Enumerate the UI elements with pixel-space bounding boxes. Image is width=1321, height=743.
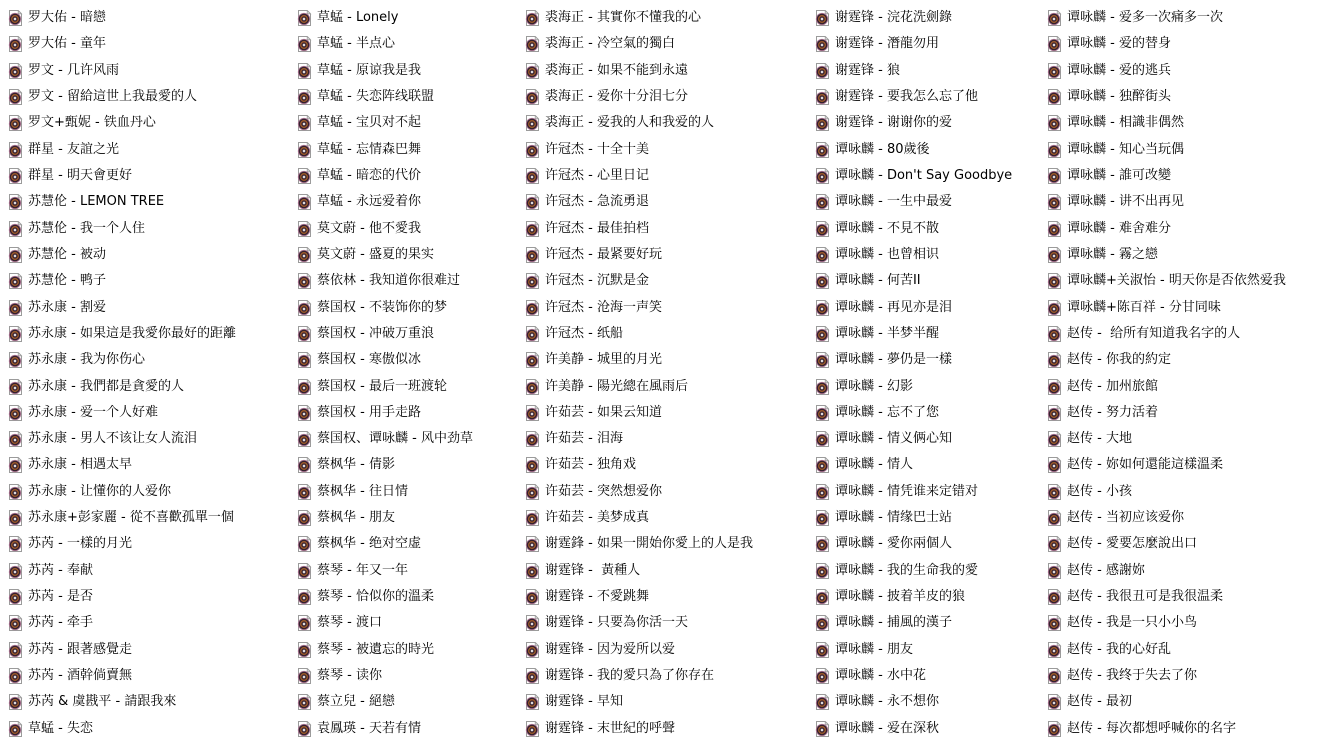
media-file-icon [815,694,830,710]
list-item[interactable]: 谢霆锋 - 要我怎么忘了他 [815,84,1047,110]
list-item[interactable]: 谭咏麟 - 愛你兩個人 [815,531,1047,557]
list-item[interactable]: 谢霆锋 - 浣花洗劍錄 [815,5,1047,31]
song-label: 许冠杰 - 最佳拍档 [545,221,649,237]
list-item[interactable]: 许茹芸 - 如果云知道 [525,400,815,426]
song-label: 谭咏麟 - 披着羊皮的狼 [835,589,965,605]
media-file-icon [1047,247,1062,263]
song-label: 赵传 - 你我的約定 [1067,352,1171,368]
list-item[interactable]: 谭咏麟 - 不見不散 [815,216,1047,242]
media-file-icon [8,300,23,316]
media-file-icon [525,89,540,105]
song-label: 苏芮 & 虞戡平 - 請跟我來 [28,694,176,710]
list-item[interactable]: 苏永康 - 男人不该让女人流泪 [8,426,297,452]
media-file-icon [1047,536,1062,552]
song-label: 谢霆锋 - 我的愛只為了你存在 [545,668,714,684]
list-item[interactable]: 苏永康+彭家麗 - 從不喜歡孤單一個 [8,505,297,531]
media-file-icon [297,668,312,684]
list-item[interactable]: 裘海正 - 如果不能到永遠 [525,58,815,84]
list-item[interactable]: 谭咏麟 - 相識非偶然 [1047,110,1317,136]
list-item[interactable]: 草蜢 - 宝贝对不起 [297,110,525,136]
media-file-icon [1047,668,1062,684]
song-label: 草蜢 - 忘情森巴舞 [317,142,421,158]
list-item[interactable]: 谭咏麟 - 捕風的漢子 [815,610,1047,636]
media-file-icon [525,326,540,342]
media-file-icon [297,484,312,500]
list-item[interactable]: 赵传 - 我很丑可是我很温柔 [1047,584,1317,610]
list-item[interactable]: 赵传 - 加州旅館 [1047,373,1317,399]
media-file-icon [8,168,23,184]
list-item[interactable]: 谢霆鋒 - 如果一開始你愛上的人是我 [525,531,815,557]
media-file-icon [525,194,540,210]
media-file-icon [8,273,23,289]
list-item[interactable]: 谭咏麟+陈百祥 - 分甘同味 [1047,294,1317,320]
list-item[interactable]: 蔡国权 - 最后一班渡轮 [297,373,525,399]
list-item[interactable]: 谭咏麟 - 披着羊皮的狼 [815,584,1047,610]
song-label: 罗文 - 留給這世上我最愛的人 [28,89,197,105]
list-item[interactable]: 草蜢 - 半点心 [297,31,525,57]
media-file-icon [297,352,312,368]
list-item[interactable]: 苏永康 - 我为你伤心 [8,347,297,373]
list-item[interactable]: 谭咏麟 - 爱的逃兵 [1047,58,1317,84]
list-item[interactable]: 苏永康 - 相遇太早 [8,452,297,478]
media-file-icon [297,536,312,552]
song-label: 谭咏麟 - 也曾相识 [835,247,939,263]
media-file-icon [815,168,830,184]
song-label: 谭咏麟 - 情义俩心知 [835,431,952,447]
list-item[interactable]: 谭咏麟 - 誰可改變 [1047,163,1317,189]
media-file-icon [8,405,23,421]
list-item[interactable]: 谭咏麟 - 爱的替身 [1047,31,1317,57]
media-file-icon [8,457,23,473]
song-label: 群星 - 明天會更好 [28,168,132,184]
song-label: 赵传 - 感謝妳 [1067,563,1145,579]
song-label: 裘海正 - 冷空氣的獨白 [545,36,675,52]
media-file-icon [525,273,540,289]
list-item[interactable]: 谭咏麟 - 爱多一次痛多一次 [1047,5,1317,31]
list-item[interactable]: 谭咏麟 - 忘不了您 [815,400,1047,426]
song-label: 罗大佑 - 童年 [28,36,106,52]
media-file-icon [8,326,23,342]
song-label: 蔡依林 - 我知道你很难过 [317,273,460,289]
song-label: 谭咏麟 - 水中花 [835,668,926,684]
media-file-icon [1047,615,1062,631]
media-file-icon [297,36,312,52]
song-label: 许茹芸 - 突然想爱你 [545,484,662,500]
song-label: 草蜢 - 暗恋的代价 [317,168,421,184]
list-item[interactable]: 裘海正 - 爱我的人和我爱的人 [525,110,815,136]
list-item[interactable]: 谭咏麟 - 幻影 [815,373,1047,399]
media-file-icon [297,10,312,26]
song-label: 谭咏麟 - 知心当玩偶 [1067,142,1184,158]
media-file-icon [525,457,540,473]
list-item[interactable]: 蔡国权 - 用手走路 [297,400,525,426]
media-file-icon [525,379,540,395]
list-item[interactable]: 苏芮 - 牵手 [8,610,297,636]
media-file-icon [1047,431,1062,447]
list-item[interactable]: 苏永康 - 让懂你的人爱你 [8,479,297,505]
list-item[interactable]: 谭咏麟 - 夢仍是一樣 [815,347,1047,373]
song-label: 裘海正 - 爱我的人和我爱的人 [545,115,714,131]
song-label: 许茹芸 - 泪海 [545,431,623,447]
media-file-icon [525,352,540,368]
song-label: 裘海正 - 其實你不懂我的心 [545,10,701,26]
media-file-icon [815,10,830,26]
list-item[interactable]: 蔡琴 - 恰似你的溫柔 [297,584,525,610]
media-file-icon [297,247,312,263]
list-item[interactable]: 群星 - 明天會更好 [8,163,297,189]
list-item[interactable]: 蔡琴 - 渡口 [297,610,525,636]
list-item[interactable]: 罗文 - 留給這世上我最愛的人 [8,84,297,110]
song-label: 苏慧伦 - 我一个人住 [28,221,145,237]
list-item[interactable]: 群星 - 友誼之光 [8,137,297,163]
list-item[interactable]: 许茹芸 - 突然想爱你 [525,479,815,505]
list-item[interactable]: 赵传 - 我终于失去了你 [1047,663,1317,689]
list-item[interactable]: 谢霆锋 - 谢谢你的爱 [815,110,1047,136]
list-item[interactable]: 苏永康 - 我們都是貪愛的人 [8,373,297,399]
media-file-icon [297,457,312,473]
list-item[interactable]: 谢霆锋 - 只要為你活一天 [525,610,815,636]
list-item[interactable]: 谭咏麟 - 情凭谁来定错对 [815,479,1047,505]
list-item[interactable]: 罗大佑 - 童年 [8,31,297,57]
list-item[interactable]: 赵传 - 给所有知道我名字的人 [1047,321,1317,347]
media-file-icon [8,589,23,605]
list-item[interactable]: 谢霆锋 - 不愛跳舞 [525,584,815,610]
file-list: 罗大佑 - 暗戀 罗大佑 - 童年 罗文 - 几许风雨 [0,0,1321,742]
media-file-icon [525,589,540,605]
song-label: 苏永康+彭家麗 - 從不喜歡孤單一個 [28,510,234,526]
media-file-icon [815,63,830,79]
list-item[interactable]: 许冠杰 - 十全十美 [525,137,815,163]
list-item[interactable]: 草蜢 - 原谅我是我 [297,58,525,84]
song-label: 赵传 - 给所有知道我名字的人 [1067,326,1240,342]
media-file-icon [815,142,830,158]
media-file-icon [815,300,830,316]
list-item[interactable]: 裘海正 - 其實你不懂我的心 [525,5,815,31]
list-item[interactable]: 谢霆锋 - 末世紀的呼聲 [525,715,815,741]
media-file-icon [815,615,830,631]
media-file-icon [8,642,23,658]
media-file-icon [525,563,540,579]
list-item[interactable]: 谢霆锋 - 黃種人 [525,558,815,584]
list-item[interactable]: 赵传 - 感謝妳 [1047,558,1317,584]
media-file-icon [1047,10,1062,26]
media-file-icon [815,589,830,605]
list-item[interactable]: 许冠杰 - 最紧要好玩 [525,242,815,268]
list-item[interactable]: 谭咏麟 - 独醉街头 [1047,84,1317,110]
list-item[interactable]: 谢霆锋 - 狼 [815,58,1047,84]
song-label: 赵传 - 我终于失去了你 [1067,668,1197,684]
list-item[interactable]: 赵传 - 努力活着 [1047,400,1317,426]
song-label: 蔡国权 - 最后一班渡轮 [317,379,447,395]
list-item[interactable]: 谭咏麟 - 我的生命我的愛 [815,558,1047,584]
media-file-icon [525,642,540,658]
list-item[interactable]: 谭咏麟 - 难舍难分 [1047,216,1317,242]
song-label: 许冠杰 - 纸船 [545,326,623,342]
media-file-icon [8,510,23,526]
list-item[interactable]: 草蜢 - 暗恋的代价 [297,163,525,189]
list-item[interactable]: 许美静 - 城里的月光 [525,347,815,373]
song-label: 苏永康 - 如果這是我愛你最好的距離 [28,326,236,342]
song-label: 草蜢 - 永远爱着你 [317,194,421,210]
media-file-icon [525,221,540,237]
media-file-icon [297,615,312,631]
song-label: 谢霆锋 - 潛龍勿用 [835,36,939,52]
list-item[interactable]: 蔡国权、谭咏麟 - 风中劲草 [297,426,525,452]
list-item[interactable]: 谭咏麟 - 情缘巴士站 [815,505,1047,531]
song-label: 许茹芸 - 如果云知道 [545,405,662,421]
list-item[interactable]: 赵传 - 大地 [1047,426,1317,452]
list-item[interactable]: 许冠杰 - 纸船 [525,321,815,347]
list-item[interactable]: 谢霆锋 - 因为爱所以爱 [525,637,815,663]
list-item[interactable]: 蔡枫华 - 倩影 [297,452,525,478]
song-label: 赵传 - 每次都想呼喊你的名字 [1067,721,1236,737]
media-file-icon [1047,721,1062,737]
media-file-icon [8,63,23,79]
song-label: 谭咏麟 - Don't Say Goodbye [835,168,1012,184]
list-item[interactable]: 赵传 - 妳如何還能這樣溫柔 [1047,452,1317,478]
list-item[interactable]: 许茹芸 - 泪海 [525,426,815,452]
song-label: 谢霆锋 - 谢谢你的爱 [835,115,952,131]
song-label: 谭咏麟 - 幻影 [835,379,913,395]
media-file-icon [1047,352,1062,368]
media-file-icon [815,194,830,210]
list-item[interactable]: 赵传 - 每次都想呼喊你的名字 [1047,715,1317,741]
list-item[interactable]: 蔡琴 - 被遺忘的時光 [297,637,525,663]
list-item[interactable]: 草蜢 - 失恋 [8,715,297,741]
list-item[interactable]: 谭咏麟 - 何苦II [815,268,1047,294]
list-item[interactable]: 谢霆锋 - 我的愛只為了你存在 [525,663,815,689]
song-label: 谭咏麟 - 我的生命我的愛 [835,563,978,579]
list-item[interactable]: 谭咏麟 - 爱在深秋 [815,715,1047,741]
song-label: 苏芮 - 奉献 [28,563,93,579]
song-label: 蔡琴 - 渡口 [317,615,382,631]
song-label: 谭咏麟 - 忘不了您 [835,405,939,421]
song-label: 谢霆锋 - 只要為你活一天 [545,615,688,631]
list-item[interactable]: 许茹芸 - 美梦成真 [525,505,815,531]
list-item[interactable]: 苏永康 - 如果這是我愛你最好的距離 [8,321,297,347]
song-label: 苏芮 - 是否 [28,589,93,605]
list-item[interactable]: 苏芮 - 酒幹倘賣無 [8,663,297,689]
list-item[interactable]: 苏芮 - 是否 [8,584,297,610]
list-item[interactable]: 谭咏麟 - 一生中最爱 [815,189,1047,215]
list-item[interactable]: 莫文蔚 - 盛夏的果实 [297,242,525,268]
song-label: 罗文 - 几许风雨 [28,63,119,79]
song-label: 蔡国权 - 寒傲似冰 [317,352,421,368]
song-label: 谢霆鋒 - 如果一開始你愛上的人是我 [545,536,753,552]
song-label: 蔡国权 - 冲破万重浪 [317,326,434,342]
media-file-icon [297,89,312,105]
list-item[interactable]: 许冠杰 - 心里日记 [525,163,815,189]
song-label: 苏永康 - 男人不该让女人流泪 [28,431,197,447]
song-label: 谭咏麟 - 80歲後 [835,142,930,158]
song-label: 苏永康 - 让懂你的人爱你 [28,484,171,500]
list-item[interactable]: 裘海正 - 爱你十分泪七分 [525,84,815,110]
file-column: 谭咏麟 - 爱多一次痛多一次 谭咏麟 - 爱的替身 谭咏麟 - 爱的逃兵 [1047,5,1317,742]
list-item[interactable]: 苏永康 - 爱一个人好难 [8,400,297,426]
list-item[interactable]: 罗大佑 - 暗戀 [8,5,297,31]
list-item[interactable]: 谭咏麟 - Don't Say Goodbye [815,163,1047,189]
list-item[interactable]: 蔡国权 - 不装饰你的梦 [297,294,525,320]
song-label: 苏芮 - 牵手 [28,615,93,631]
list-item[interactable]: 谭咏麟 - 朋友 [815,637,1047,663]
list-item[interactable]: 谭咏麟 - 霧之戀 [1047,242,1317,268]
song-label: 赵传 - 努力活着 [1067,405,1158,421]
list-item[interactable]: 谢霆锋 - 早知 [525,689,815,715]
media-file-icon [1047,273,1062,289]
list-item[interactable]: 草蜢 - 忘情森巴舞 [297,137,525,163]
list-item[interactable]: 谭咏麟 - 情义俩心知 [815,426,1047,452]
list-item[interactable]: 蔡枫华 - 朋友 [297,505,525,531]
list-item[interactable]: 许美静 - 陽光總在風雨后 [525,373,815,399]
media-file-icon [297,379,312,395]
media-file-icon [525,484,540,500]
song-label: 谭咏麟 - 霧之戀 [1067,247,1158,263]
media-file-icon [815,536,830,552]
media-file-icon [297,168,312,184]
list-item[interactable]: 罗文+甄妮 - 铁血丹心 [8,110,297,136]
media-file-icon [1047,36,1062,52]
media-file-icon [8,247,23,263]
media-file-icon [1047,300,1062,316]
song-label: 谭咏麟 - 情人 [835,457,913,473]
media-file-icon [8,36,23,52]
media-file-icon [815,431,830,447]
list-item[interactable]: 蔡枫华 - 往日情 [297,479,525,505]
list-item[interactable]: 草蜢 - 失恋阵线联盟 [297,84,525,110]
list-item[interactable]: 谭咏麟 - 再见亦是泪 [815,294,1047,320]
list-item[interactable]: 苏慧伦 - 鸭子 [8,268,297,294]
list-item[interactable]: 赵传 - 当初应该爱你 [1047,505,1317,531]
song-label: 赵传 - 加州旅館 [1067,379,1158,395]
list-item[interactable]: 苏永康 - 割爱 [8,294,297,320]
list-item[interactable]: 苏慧伦 - LEMON TREE [8,189,297,215]
list-item[interactable]: 谢霆锋 - 潛龍勿用 [815,31,1047,57]
list-item[interactable]: 赵传 - 小孩 [1047,479,1317,505]
media-file-icon [815,668,830,684]
song-label: 蔡立兒 - 絕戀 [317,694,395,710]
list-item[interactable]: 蔡枫华 - 绝对空虚 [297,531,525,557]
media-file-icon [8,352,23,368]
list-item[interactable]: 蔡琴 - 读你 [297,663,525,689]
list-item[interactable]: 蔡国权 - 冲破万重浪 [297,321,525,347]
song-label: 苏慧伦 - LEMON TREE [28,194,164,210]
list-item[interactable]: 许冠杰 - 最佳拍档 [525,216,815,242]
media-file-icon [8,721,23,737]
media-file-icon [1047,89,1062,105]
list-item[interactable]: 蔡琴 - 年又一年 [297,558,525,584]
list-item[interactable]: 许冠杰 - 急流勇退 [525,189,815,215]
list-item[interactable]: 谭咏麟 - 水中花 [815,663,1047,689]
list-item[interactable]: 苏芮 - 跟著感覺走 [8,637,297,663]
list-item[interactable]: 赵传 - 最初 [1047,689,1317,715]
list-item[interactable]: 罗文 - 几许风雨 [8,58,297,84]
list-item[interactable]: 谭咏麟+关淑怡 - 明天你是否依然爱我 [1047,268,1317,294]
song-label: 蔡琴 - 被遺忘的時光 [317,642,434,658]
song-label: 谢霆锋 - 狼 [835,63,900,79]
song-label: 许冠杰 - 急流勇退 [545,194,649,210]
song-label: 莫文蔚 - 盛夏的果实 [317,247,434,263]
song-label: 谭咏麟 - 半梦半醒 [835,326,939,342]
list-item[interactable]: 谭咏麟 - 情人 [815,452,1047,478]
file-column: 裘海正 - 其實你不懂我的心 裘海正 - 冷空氣的獨白 裘海正 - 如果不能到永 [525,5,815,742]
song-label: 袁鳳瑛 - 天若有情 [317,721,421,737]
list-item[interactable]: 草蜢 - 永远爱着你 [297,189,525,215]
song-label: 苏永康 - 我为你伤心 [28,352,145,368]
media-file-icon [525,694,540,710]
song-label: 许美静 - 陽光總在風雨后 [545,379,688,395]
song-label: 谭咏麟 - 永不想你 [835,694,939,710]
list-item[interactable]: 蔡依林 - 我知道你很难过 [297,268,525,294]
list-item[interactable]: 莫文蔚 - 他不愛我 [297,216,525,242]
list-item[interactable]: 苏慧伦 - 我一个人住 [8,216,297,242]
list-item[interactable]: 赵传 - 我是一只小小鸟 [1047,610,1317,636]
media-file-icon [297,642,312,658]
list-item[interactable]: 蔡立兒 - 絕戀 [297,689,525,715]
song-label: 许茹芸 - 美梦成真 [545,510,649,526]
media-file-icon [297,589,312,605]
list-item[interactable]: 草蜢 - Lonely [297,5,525,31]
media-file-icon [297,221,312,237]
song-label: 赵传 - 我的心好乱 [1067,642,1171,658]
list-item[interactable]: 苏芮 - 一樣的月光 [8,531,297,557]
song-label: 谢霆锋 - 末世紀的呼聲 [545,721,675,737]
song-label: 蔡琴 - 恰似你的溫柔 [317,589,434,605]
list-item[interactable]: 许茹芸 - 独角戏 [525,452,815,478]
song-label: 苏芮 - 跟著感覺走 [28,642,132,658]
list-item[interactable]: 赵传 - 你我的約定 [1047,347,1317,373]
list-item[interactable]: 裘海正 - 冷空氣的獨白 [525,31,815,57]
media-file-icon [815,89,830,105]
song-label: 谭咏麟+关淑怡 - 明天你是否依然爱我 [1067,273,1286,289]
media-file-icon [297,563,312,579]
list-item[interactable]: 谭咏麟 - 半梦半醒 [815,321,1047,347]
list-item[interactable]: 袁鳳瑛 - 天若有情 [297,715,525,741]
song-label: 谭咏麟 - 朋友 [835,642,913,658]
list-item[interactable]: 许冠杰 - 沉默是金 [525,268,815,294]
song-label: 苏慧伦 - 鸭子 [28,273,106,289]
song-label: 苏芮 - 酒幹倘賣無 [28,668,132,684]
media-file-icon [525,405,540,421]
song-label: 谭咏麟 - 捕風的漢子 [835,615,952,631]
song-label: 谢霆锋 - 黃種人 [545,563,640,579]
list-item[interactable]: 谭咏麟 - 也曾相识 [815,242,1047,268]
song-label: 谢霆锋 - 早知 [545,694,623,710]
list-item[interactable]: 谭咏麟 - 80歲後 [815,137,1047,163]
list-item[interactable]: 许冠杰 - 沧海一声笑 [525,294,815,320]
list-item[interactable]: 谭咏麟 - 知心当玩偶 [1047,137,1317,163]
list-item[interactable]: 苏慧伦 - 被动 [8,242,297,268]
media-file-icon [525,10,540,26]
song-label: 谢霆锋 - 浣花洗劍錄 [835,10,952,26]
song-label: 谭咏麟 - 相識非偶然 [1067,115,1184,131]
list-item[interactable]: 苏芮 - 奉献 [8,558,297,584]
song-label: 谭咏麟 - 一生中最爱 [835,194,952,210]
list-item[interactable]: 谭咏麟 - 讲不出再见 [1047,189,1317,215]
media-file-icon [297,405,312,421]
list-item[interactable]: 赵传 - 我的心好乱 [1047,637,1317,663]
song-label: 草蜢 - 失恋 [28,721,93,737]
list-item[interactable]: 谭咏麟 - 永不想你 [815,689,1047,715]
song-label: 蔡琴 - 读你 [317,668,382,684]
list-item[interactable]: 赵传 - 愛要怎麼說出口 [1047,531,1317,557]
media-file-icon [8,89,23,105]
list-item[interactable]: 苏芮 & 虞戡平 - 請跟我來 [8,689,297,715]
list-item[interactable]: 蔡国权 - 寒傲似冰 [297,347,525,373]
media-file-icon [8,142,23,158]
media-file-icon [297,431,312,447]
media-file-icon [8,563,23,579]
media-file-icon [8,431,23,447]
